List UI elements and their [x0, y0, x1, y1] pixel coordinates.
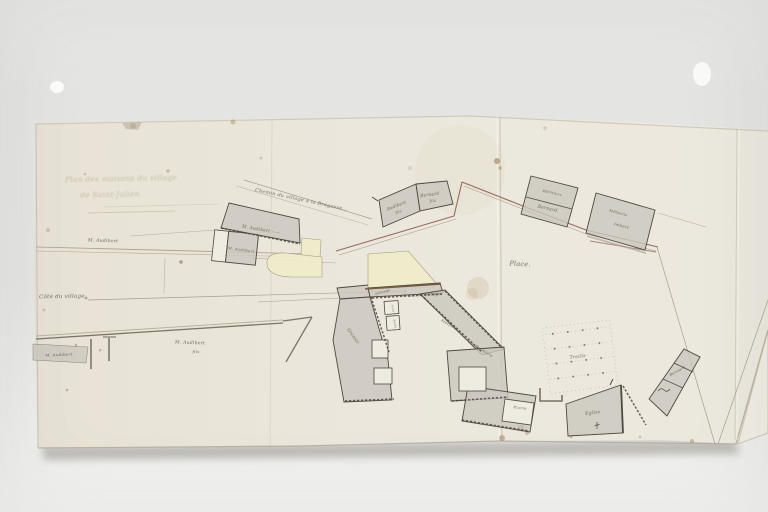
map-label-wall2: fils	[191, 349, 199, 354]
parcel-yellow-small	[301, 238, 321, 257]
map-label-wall_p: p.	[99, 348, 103, 352]
photograph-of-old-plan: Plan des maisons du villagede Saint-Juli…	[0, 0, 768, 512]
parcel-yellow-bulge	[267, 253, 322, 277]
plan-drawing: Plan des maisons du villagede Saint-Juli…	[0, 0, 768, 512]
map-label-strip: M. Audibert	[44, 352, 72, 358]
map-label-title2: de Saint-Julien	[80, 189, 140, 199]
background-specks	[50, 62, 711, 93]
map-label-aud_road: M. Audibert	[87, 237, 118, 244]
map-label-cote: Côté du village	[39, 293, 85, 301]
map-label-place: Place.	[508, 259, 531, 268]
map-label-wall1: M. Audibert	[174, 339, 205, 346]
